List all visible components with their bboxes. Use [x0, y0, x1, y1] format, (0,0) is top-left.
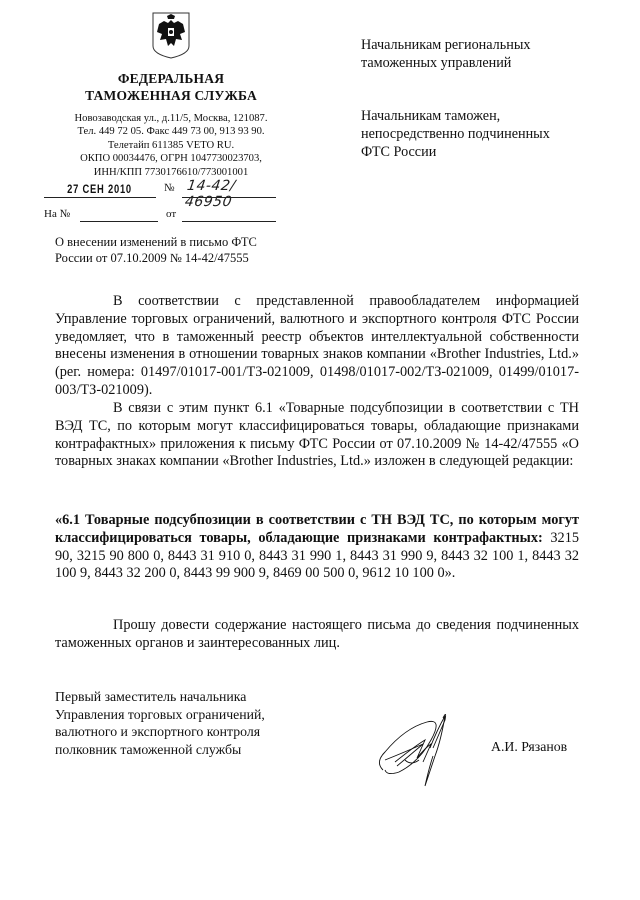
paragraph-text: В соответствии с представленной правообл… [55, 293, 579, 400]
org-name-line1: ФЕДЕРАЛЬНАЯ [40, 70, 302, 87]
addressee-regional: Начальникам региональных таможенных упра… [361, 36, 530, 72]
signatory-position: Первый заместитель начальника Управления… [55, 688, 265, 758]
position-line: полковник таможенной службы [55, 741, 265, 759]
russian-coat-of-arms-icon [150, 10, 192, 60]
reply-to-line [80, 221, 158, 222]
contact-details: Новозаводская ул., д.11/5, Москва, 12108… [40, 112, 302, 179]
signatory-name: А.И. Рязанов [491, 739, 567, 755]
subject-line1: О внесении изменений в письмо ФТС [55, 235, 257, 251]
teletype: Телетайп 611385 VETO RU. [40, 139, 302, 152]
date-field: 27 СЕН 2010 [44, 180, 156, 198]
number-label: № [164, 182, 175, 194]
handwritten-signature-icon [375, 700, 485, 800]
body-paragraph-3: «6.1 Товарные подсубпозиции в соответств… [55, 512, 579, 583]
address: Новозаводская ул., д.11/5, Москва, 12108… [40, 112, 302, 125]
from-label: от [166, 208, 176, 220]
addressee-line: Начальникам таможен, [361, 107, 550, 125]
organization-name: ФЕДЕРАЛЬНАЯ ТАМОЖЕННАЯ СЛУЖБА [40, 70, 302, 104]
position-line: Управления торговых ограничений, [55, 706, 265, 724]
subject: О внесении изменений в письмо ФТС России… [55, 235, 257, 266]
subject-line2: России от 07.10.2009 № 14-42/47555 [55, 251, 257, 267]
okpo-ogrn: ОКПО 00034476, ОГРН 1047730023703, [40, 152, 302, 165]
addressee-line: таможенных управлений [361, 54, 530, 72]
body-paragraph-1: В соответствии с представленной правообл… [55, 293, 579, 400]
number-field: 14-42/ 46950 [182, 178, 276, 198]
body-paragraph-2: В связи с этим пункт 6.1 «Товарные подсу… [55, 400, 579, 471]
addressee-customs: Начальникам таможен, непосредственно под… [361, 107, 550, 161]
outgoing-number: 14-42/ 46950 [180, 178, 278, 210]
body-paragraph-4: Прошу довести содержание настоящего пись… [55, 617, 579, 653]
phones: Тел. 449 72 05. Факс 449 73 00, 913 93 9… [40, 125, 302, 138]
date-stamp: 27 СЕН 2010 [68, 182, 133, 196]
reply-to-label: На № [44, 208, 70, 220]
position-line: валютного и экспортного контроля [55, 723, 265, 741]
addressee-line: Начальникам региональных [361, 36, 530, 54]
position-line: Первый заместитель начальника [55, 688, 265, 706]
paragraph-text: Прошу довести содержание настоящего пись… [55, 617, 579, 653]
paragraph-text: В связи с этим пункт 6.1 «Товарные подсу… [55, 400, 579, 471]
from-line [182, 221, 276, 222]
org-name-line2: ТАМОЖЕННАЯ СЛУЖБА [40, 87, 302, 104]
addressee-line: ФТС России [361, 143, 550, 161]
paragraph-bold-heading: «6.1 Товарные подсубпозиции в соответств… [55, 512, 579, 546]
addressee-line: непосредственно подчиненных [361, 125, 550, 143]
